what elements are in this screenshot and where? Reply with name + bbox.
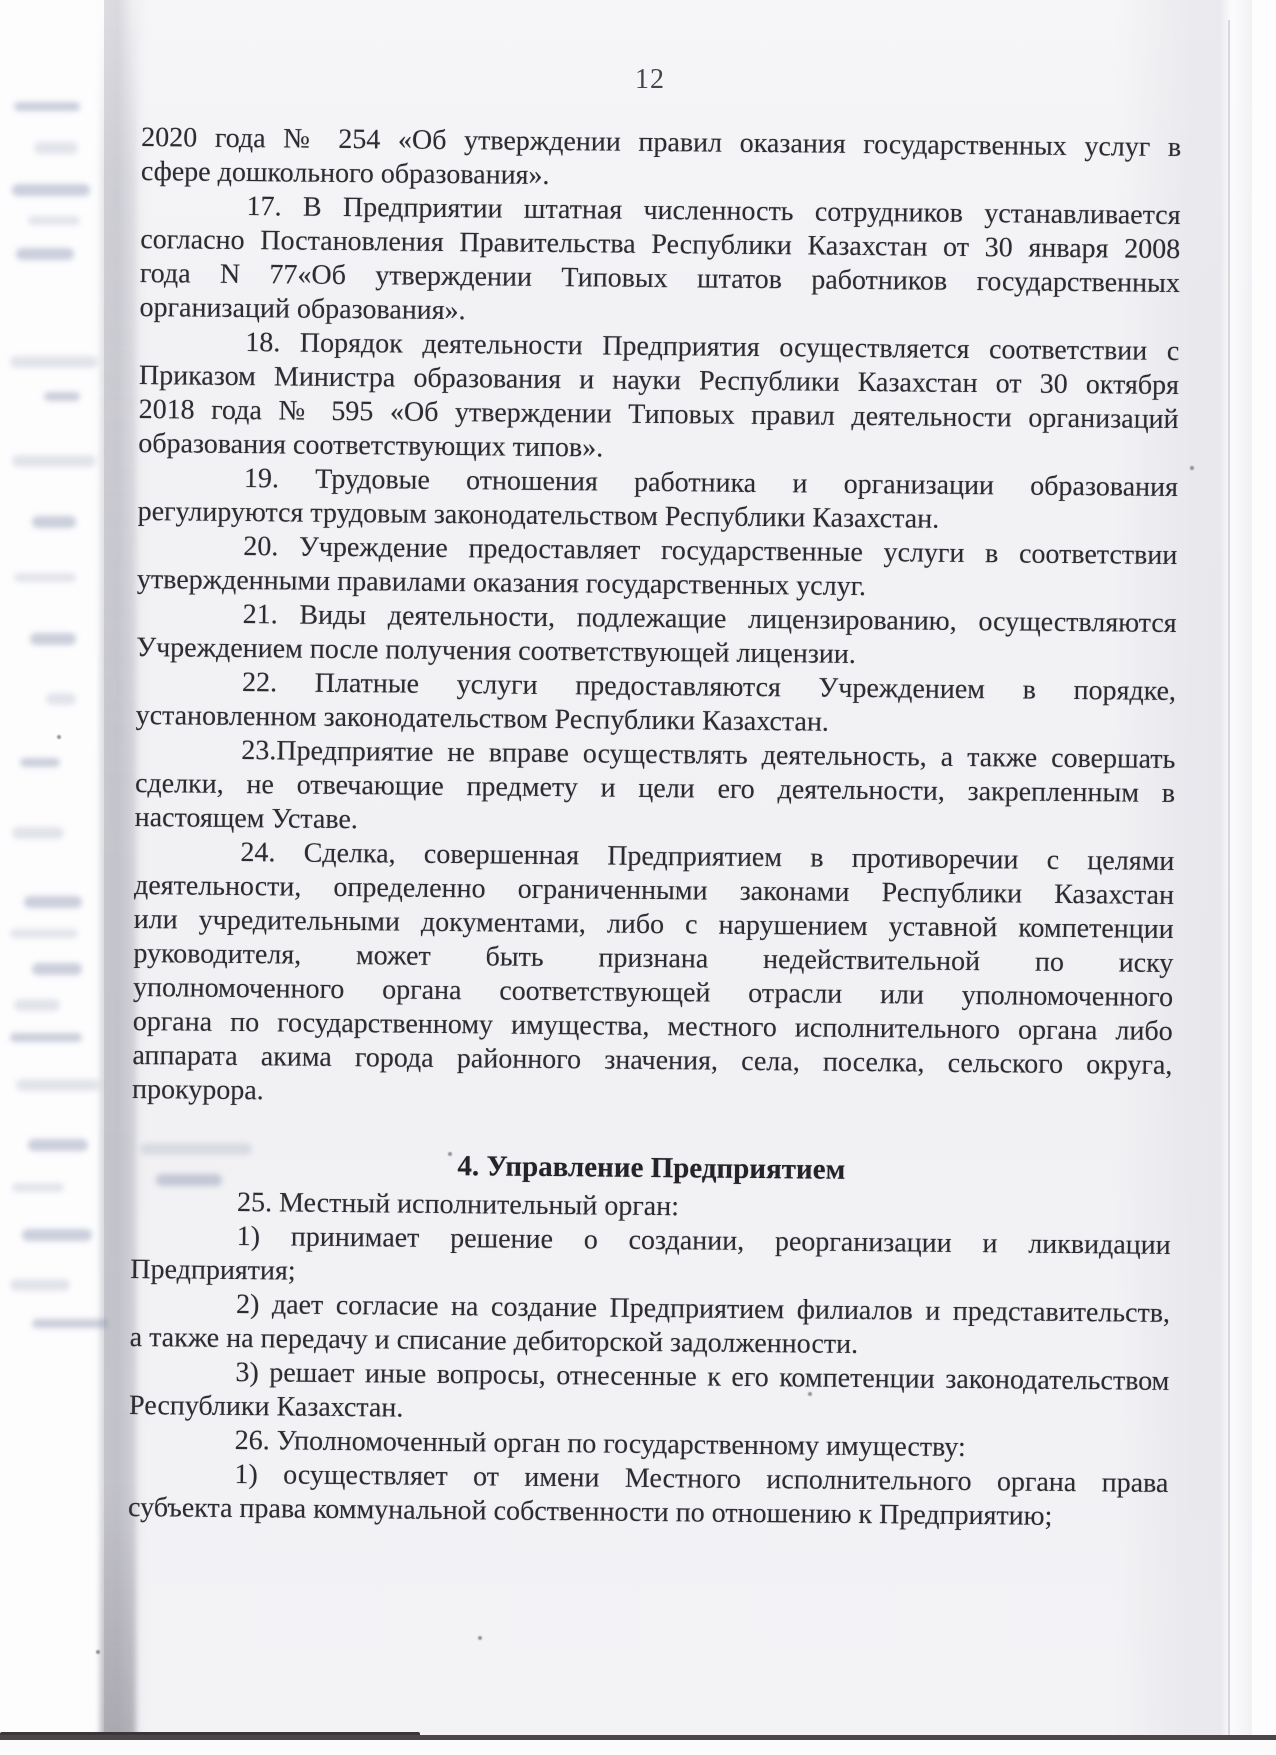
scan-speck (808, 1392, 812, 1396)
paragraph: 21. Виды деятельности, подлежащие лиценз… (136, 597, 1177, 675)
document-text: 2020 года № 254 «Об утверждении правил о… (128, 121, 1181, 1535)
paragraph: 20. Учреждение предоставляет государстве… (137, 529, 1178, 607)
scan-speck (57, 735, 61, 739)
section-heading: 4. Управление Предприятием (131, 1143, 1171, 1193)
paragraph: 3) решает иные вопросы, отнесенные к его… (129, 1355, 1170, 1433)
bleed-through-smudge (156, 1174, 222, 1186)
paragraph: 24. Сделка, совершенная Предприятием в п… (132, 835, 1175, 1117)
bleed-through-smudge (10, 1033, 82, 1042)
bleed-through-smudge (140, 1143, 252, 1155)
bleed-through-smudge (10, 1279, 70, 1291)
paragraph: 23.Предприятие не вправе осуществлять де… (135, 733, 1176, 845)
paragraph: 1) осуществляет от имени Местного исполн… (128, 1457, 1169, 1535)
paragraph: 2) дает согласие на создание Предприятие… (130, 1287, 1171, 1365)
bleed-through-smudge (24, 896, 82, 908)
bleed-through-smudge (10, 929, 78, 938)
bleed-through-smudge (28, 216, 80, 225)
paragraph: 19. Трудовые отношения работника и орган… (137, 461, 1178, 539)
bleed-through-smudge (10, 356, 98, 368)
bleed-through-smudge (34, 142, 78, 154)
bleed-through-smudge (22, 1229, 92, 1241)
bleed-through-smudge (14, 102, 80, 111)
bleed-through-smudge (20, 758, 60, 767)
bleed-through-smudge (28, 1139, 88, 1151)
bleed-through-smudge (14, 999, 60, 1011)
paragraph: 18. Порядок деятельности Предприятия осу… (138, 325, 1179, 471)
scanner-background (0, 1740, 1276, 1755)
right-page-edge (1228, 20, 1230, 1736)
bleed-through-smudge (12, 827, 64, 839)
bleed-through-smudge (46, 693, 76, 705)
bleed-through-smudge (16, 248, 74, 260)
scanned-document: 12 2020 года № 254 «Об утверждении прави… (0, 0, 1276, 1755)
bleed-through-smudge (12, 184, 90, 196)
page-number: 12 (130, 64, 1170, 96)
scan-speck (448, 1152, 452, 1156)
bleed-through-smudge (32, 1319, 108, 1328)
paragraph: 1) принимает решение о создании, реорган… (130, 1219, 1171, 1297)
scan-speck (478, 1636, 482, 1640)
scan-speck (1190, 466, 1194, 470)
paragraph: 22. Платные услуги предоставляются Учреж… (136, 665, 1177, 743)
bleed-through-smudge (32, 963, 82, 975)
paragraph: 17. В Предприятии штатная численность со… (139, 189, 1180, 335)
bleed-through-smudge (12, 455, 96, 467)
scan-speck (96, 1650, 100, 1654)
bleed-through-smudge (14, 573, 76, 582)
bleed-through-smudge (30, 633, 76, 645)
bleed-through-smudge (32, 516, 76, 528)
bleed-through-smudge (16, 1079, 100, 1091)
bleed-through-smudge (12, 1183, 64, 1192)
paragraph: 2020 года № 254 «Об утверждении правил о… (141, 121, 1182, 199)
bleed-through-smudge (44, 392, 80, 401)
